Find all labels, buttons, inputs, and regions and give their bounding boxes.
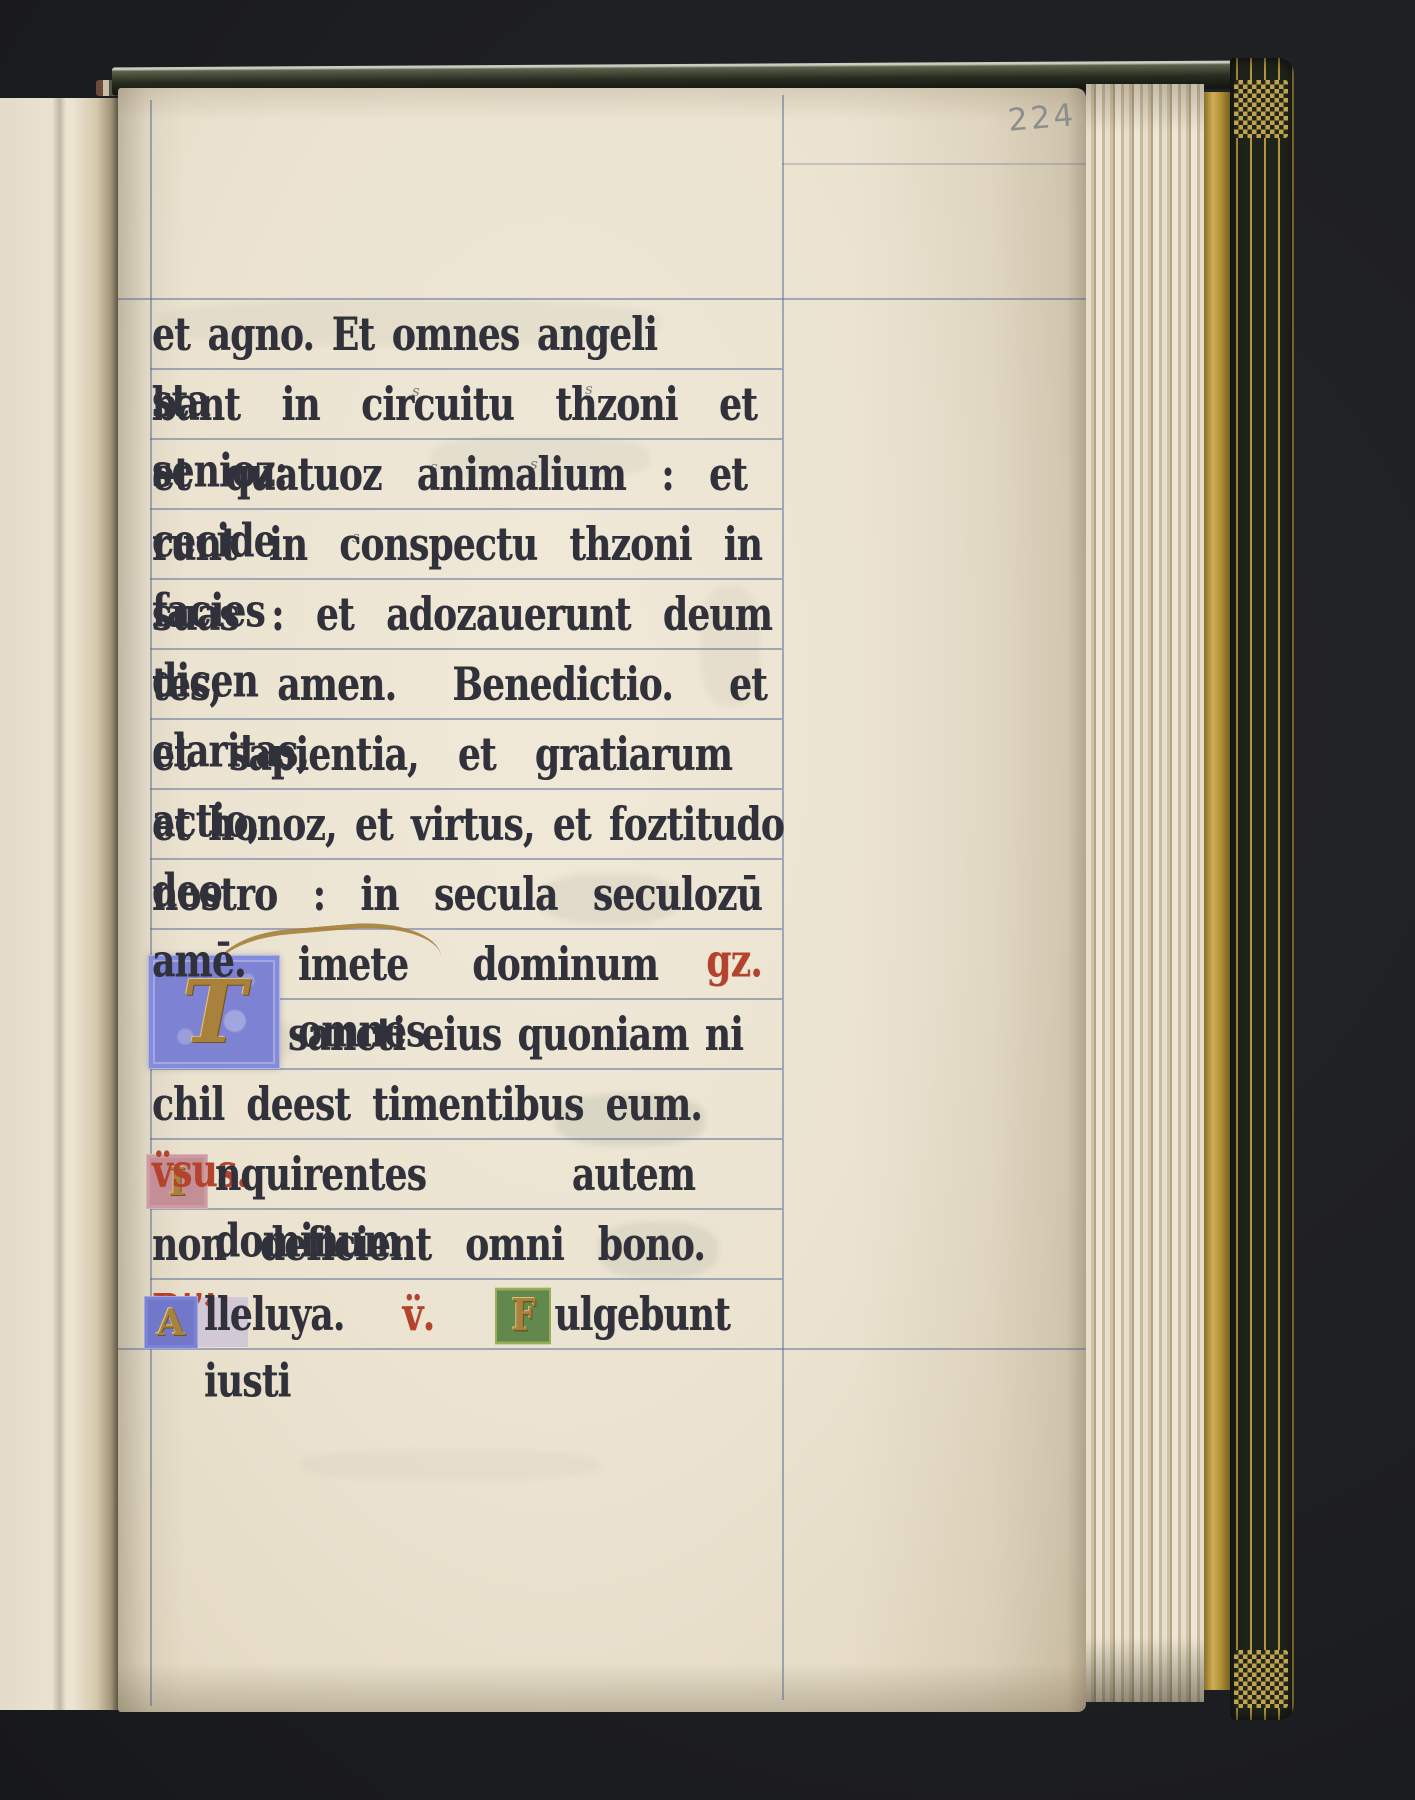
line-text: non deficient omni bono. [152, 1218, 705, 1272]
initial-letter: A [157, 1302, 185, 1344]
line-text: lleluya. [204, 1288, 402, 1342]
text-line: et honoz, et virtus, et foztitudo deo [152, 791, 784, 858]
illuminated-initial-a: A [144, 1296, 198, 1349]
folio-number: 224 [1007, 97, 1078, 139]
text-line: et quatuoz animalium : et cecide [152, 441, 747, 508]
text-line: sancti eius quoniam ni [288, 1001, 743, 1068]
ruling-line [150, 858, 782, 860]
text-line: suas : et adozauerunt deum dicen [152, 581, 772, 648]
manuscript-photo: 224 T I A et agno. Et omnes angeli sta b… [0, 0, 1415, 1800]
text-line: tes, amen. Benedictio. et claritas, [152, 651, 767, 718]
text-line: nquirentes autem dominum [215, 1141, 695, 1208]
gilt-page-edge [1204, 92, 1230, 1690]
ruling-line [150, 1278, 782, 1280]
text-line: non deficient omni bono. R’’’ [152, 1211, 705, 1278]
parchment-stain [300, 1450, 600, 1480]
text-line: et agno. Et omnes angeli sta [152, 301, 657, 368]
page-edges-stack [1086, 84, 1204, 1702]
ruling-line-top [118, 298, 1086, 300]
text-line: runt in conspectu thzoni in facies [152, 511, 762, 578]
gutter-fold-shadow [52, 98, 66, 1710]
text-line: imete dominum omnes [298, 931, 658, 998]
text-line: chil deest timentibus eum. v̈sus. [152, 1071, 702, 1138]
text-line: nostro : in secula seculozū amē. gz. [152, 861, 762, 928]
illuminated-initial-f: F [495, 1288, 551, 1344]
ruling-vertical-right [782, 95, 784, 1700]
line-text: sancti eius quoniam ni [288, 1008, 743, 1062]
initial-letter: F [512, 1283, 535, 1350]
text-line: lleluya. v̈. Fulgebunt iusti [204, 1281, 730, 1348]
gilt-tooling-grid-bottom [1234, 1650, 1288, 1708]
ruling-line-top-margin [782, 163, 1086, 165]
rubric-text: gz. [706, 934, 762, 988]
rubric-text: v̈. [402, 1288, 492, 1342]
ruling-line [150, 368, 782, 370]
text-line: bant in circuitu thzoni et senioz: [152, 371, 757, 438]
leather-cover-edge [1230, 58, 1294, 1720]
line-text: chil deest timentibus eum. [152, 1078, 702, 1132]
gilt-tooling-grid-top [1234, 80, 1288, 138]
text-line: et sapientia, et gratiarum actio, [152, 721, 732, 788]
